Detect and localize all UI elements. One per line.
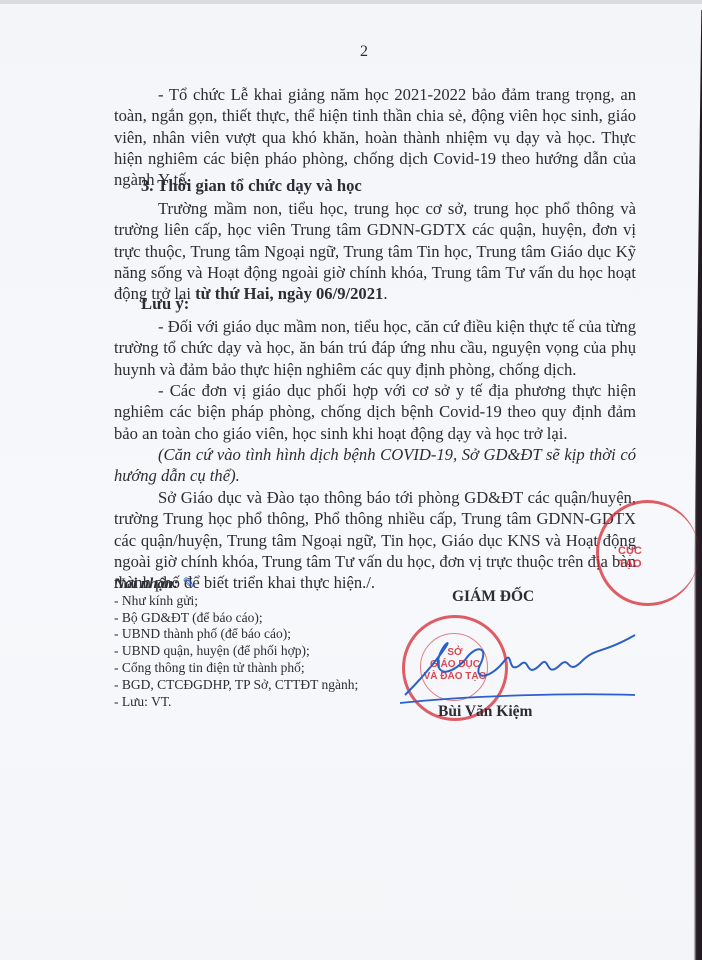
recipients-list: Nơi nhận:✎ - Như kính gửi; - Bộ GD&ĐT (đ… — [114, 575, 358, 710]
section-3-body: Trường mầm non, tiểu học, trung học cơ s… — [114, 198, 636, 304]
resume-date: từ thứ Hai, ngày 06/9/2021 — [195, 284, 383, 303]
paragraph-ceremony: - Tổ chức Lễ khai giảng năm học 2021-202… — [114, 84, 636, 190]
recipient-item: - UBND thành phố (để báo cáo); — [114, 626, 358, 643]
section-3-heading: 3. Thời gian tổ chức dạy và học — [141, 176, 362, 196]
note-2: - Các đơn vị giáo dục phối hợp với cơ sở… — [114, 380, 636, 444]
handwritten-signature — [395, 625, 655, 715]
recipient-item: - Bộ GD&ĐT (để báo cáo); — [114, 610, 358, 627]
signer-position: GIÁM ĐỐC — [452, 588, 534, 606]
recipient-item: - Cổng thông tin điện tử thành phố; — [114, 660, 358, 677]
initials-mark: ✎ — [182, 574, 195, 592]
note-italic: (Căn cứ vào tình hình dịch bệnh COVID-19… — [114, 444, 636, 487]
recipients-title: Nơi nhận: — [114, 576, 178, 592]
recipient-item: - Như kính gửi; — [114, 593, 358, 610]
note-label: Lưu ý: — [141, 294, 189, 314]
signer-name: Bùi Văn Kiệm — [438, 703, 532, 721]
page-number: 2 — [360, 43, 368, 61]
recipient-item: - UBND quận, huyện (để phối hợp); — [114, 643, 358, 660]
recipient-item: - BGD, CTCĐGDHP, TP Sở, CTTĐT ngành; — [114, 677, 358, 694]
note-1: - Đối với giáo dục mầm non, tiểu học, că… — [114, 316, 636, 380]
photo-top-edge — [0, 0, 702, 4]
recipient-item: - Lưu: VT. — [114, 694, 358, 711]
